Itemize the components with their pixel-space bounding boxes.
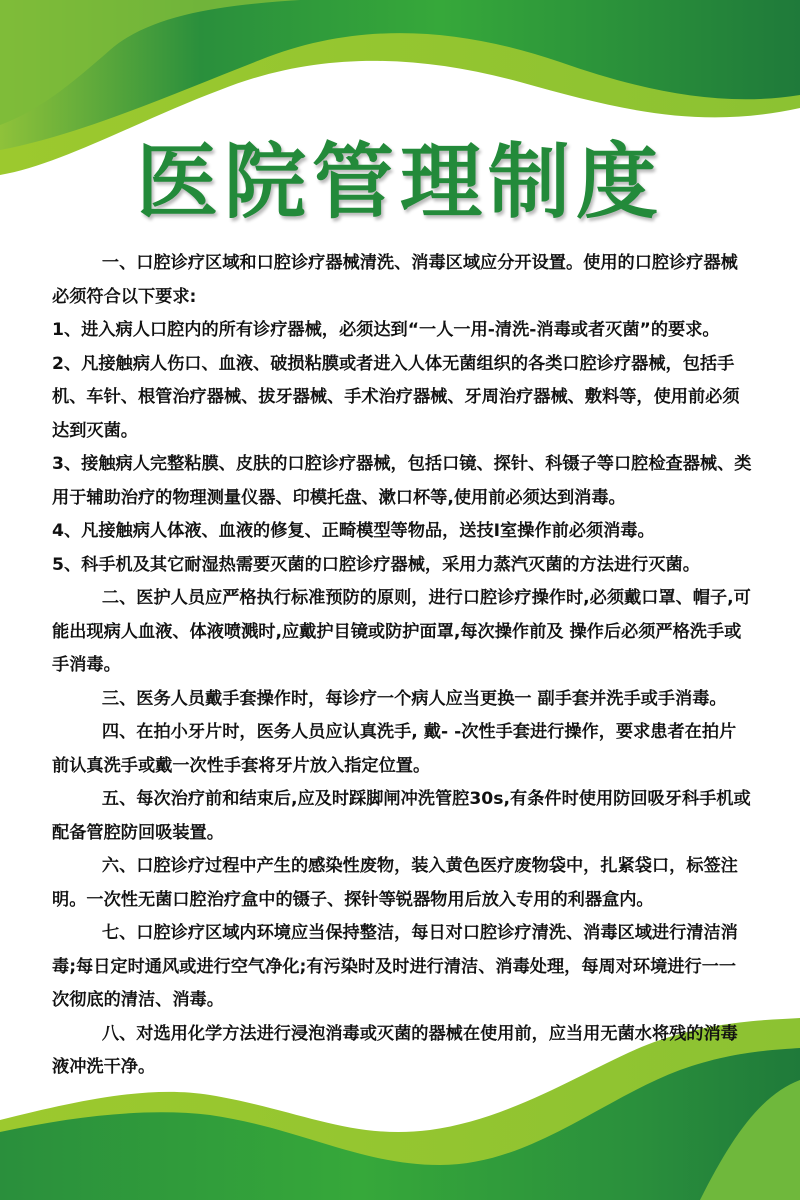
paragraph-section-5: 五、每次治疗前和结束后,应及时踩脚闸冲洗管腔30s,有条件时使用防回吸牙科手机或… xyxy=(52,783,752,850)
paragraph-section-1: 一、口腔诊疗区域和口腔诊疗器械清洗、消毒区域应分开设置。使用的口腔诊疗器械必须符… xyxy=(52,247,752,314)
paragraph-section-3: 三、医务人员戴手套操作时，每诊疗一个病人应当更换一 副手套并洗手或手消毒。 xyxy=(52,683,752,717)
paragraph-item-2: 2、凡接触病人伤口、血液、破损粘膜或者进入人体无菌组织的各类口腔诊疗器械，包括手… xyxy=(52,348,752,449)
paragraph-section-7: 七、口腔诊疗区域内环境应当保持整洁，每日对口腔诊疗清洗、消毒区域进行清洁消毒;每… xyxy=(52,917,752,1018)
paragraph-item-4: 4、凡接触病人体液、血液的修复、正畸模型等物品，送技I室操作前必须消毒。 xyxy=(52,515,752,549)
regulations-body: 一、口腔诊疗区域和口腔诊疗器械清洗、消毒区域应分开设置。使用的口腔诊疗器械必须符… xyxy=(52,247,752,1085)
paragraph-section-2: 二、医护人员应严格执行标准预防的原则，进行口腔诊疗操作时,必须戴口罩、帽子,可能… xyxy=(52,582,752,683)
paragraph-item-3: 3、接触病人完整粘膜、皮肤的口腔诊疗器械，包括口镜、探针、科镊子等口腔检查器械、… xyxy=(52,448,752,515)
paragraph-item-5: 5、科手机及其它耐湿热需要灭菌的口腔诊疗器械，采用力蒸汽灭菌的方法进行灭菌。 xyxy=(52,549,752,583)
paragraph-section-6: 六、口腔诊疗过程中产生的感染性废物，装入黄色医疗废物袋中，扎紧袋口，标签注明。一… xyxy=(52,850,752,917)
paragraph-item-1: 1、进入病人口腔内的所有诊疗器械，必须达到“一人一用-清洗-消毒或者灭菌”的要求… xyxy=(52,314,752,348)
poster-title: 医院管理制度 xyxy=(0,132,800,232)
paragraph-section-4: 四、在拍小牙片时，医务人员应认真洗手, 戴- -次性手套进行操作，要求患者在拍片… xyxy=(52,716,752,783)
paragraph-section-8: 八、对选用化学方法进行浸泡消毒或灭菌的器械在使用前，应当用无菌水将残的消毒液冲洗… xyxy=(52,1018,752,1085)
